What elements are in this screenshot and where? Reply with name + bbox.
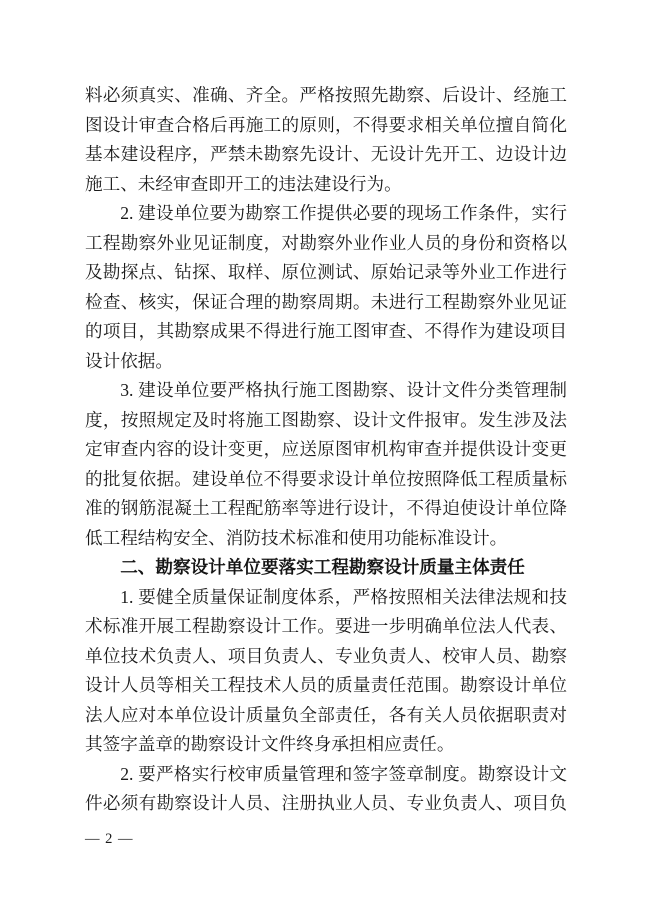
- text-line: 的批复依据。建设单位不得要求设计单位按照降低工程质量标: [85, 465, 567, 495]
- text-line: 的项目，其勘察成果不得进行施工图审查、不得作为建设项目: [85, 317, 567, 347]
- text-line: 设计依据。: [85, 347, 567, 377]
- text-line: 检查、核实，保证合理的勘察周期。未进行工程勘察外业见证: [85, 288, 567, 318]
- text-line: 定审查内容的设计变更，应送原图审机构审查并提供设计变更: [85, 435, 567, 465]
- text-line: 法人应对本单位设计质量负全部责任，各有关人员依据职责对: [85, 701, 567, 731]
- text-line: 及勘探点、钻探、取样、原位测试、原始记录等外业工作进行: [85, 258, 567, 288]
- text-line: 基本建设程序，严禁未勘察先设计、无设计先开工、边设计边: [85, 140, 567, 170]
- text-line: 低工程结构安全、消防技术标准和使用功能标准设计。: [85, 524, 567, 554]
- text-line: 2. 建设单位要为勘察工作提供必要的现场工作条件，实行: [85, 199, 567, 229]
- text-line: 件必须有勘察设计人员、注册执业人员、专业负责人、项目负: [85, 789, 567, 819]
- text-line: 3. 建设单位要严格执行施工图勘察、设计文件分类管理制: [85, 376, 567, 406]
- text-line: 2. 要严格实行校审质量管理和签字签章制度。勘察设计文: [85, 760, 567, 790]
- text-line: 其签字盖章的勘察设计文件终身承担相应责任。: [85, 730, 567, 760]
- document-page: 料必须真实、准确、齐全。严格按照先勘察、后设计、经施工 图设计审查合格后再施工的…: [0, 0, 650, 919]
- page-number: — 2 —: [85, 831, 134, 848]
- section-heading: 二、勘察设计单位要落实工程勘察设计质量主体责任: [85, 553, 567, 583]
- document-body: 料必须真实、准确、齐全。严格按照先勘察、后设计、经施工 图设计审查合格后再施工的…: [85, 81, 567, 819]
- text-line: 料必须真实、准确、齐全。严格按照先勘察、后设计、经施工: [85, 81, 567, 111]
- text-line: 术标准开展工程勘察设计工作。要进一步明确单位法人代表、: [85, 612, 567, 642]
- text-line: 设计人员等相关工程技术人员的质量责任范围。勘察设计单位: [85, 671, 567, 701]
- text-line: 施工、未经审查即开工的违法建设行为。: [85, 170, 567, 200]
- text-line: 工程勘察外业见证制度，对勘察外业作业人员的身份和资格以: [85, 229, 567, 259]
- text-line: 图设计审查合格后再施工的原则，不得要求相关单位擅自简化: [85, 111, 567, 141]
- text-line: 度，按照规定及时将施工图勘察、设计文件报审。发生涉及法: [85, 406, 567, 436]
- text-line: 单位技术负责人、项目负责人、专业负责人、校审人员、勘察: [85, 642, 567, 672]
- text-line: 准的钢筋混凝土工程配筋率等进行设计，不得迫使设计单位降: [85, 494, 567, 524]
- text-line: 1. 要健全质量保证制度体系，严格按照相关法律法规和技: [85, 583, 567, 613]
